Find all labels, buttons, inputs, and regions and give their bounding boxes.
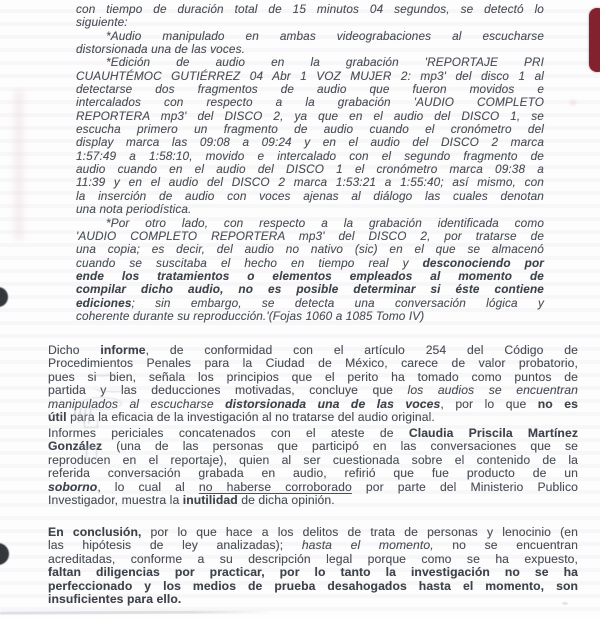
text-segment: 'AUDIO COMPLETO REPORTERA mp3' del DISCO…: [76, 229, 544, 243]
text-segment: los audios se encuentran: [408, 383, 578, 397]
text-segment: informe: [100, 343, 145, 357]
text-segment: cuando se suscitaba el hecho en tiempo r…: [76, 256, 423, 270]
text-line: ediciones; sin embargo, se detecta una c…: [76, 297, 544, 310]
text-line: las hipótesis de ley analizadas); hasta …: [48, 539, 578, 552]
text-segment: ediciones: [76, 296, 132, 310]
text-segment: una nota periodística.: [76, 202, 191, 216]
text-segment: Claudia Priscila Martínez: [409, 426, 578, 440]
text-line: distorsionada una de las voces.: [76, 43, 544, 56]
text-segment: distorsionada una de las voces: [225, 397, 440, 411]
text-segment: (una de las personas que participó en la…: [102, 439, 578, 453]
text-segment: *Audio manipulado en ambas videograbacio…: [106, 29, 544, 43]
text-line: González (una de las personas que partic…: [48, 440, 578, 453]
text-line: partida y las deducciones motivadas, con…: [48, 384, 578, 397]
text-line: reproducen en el reportaje), quien al se…: [48, 454, 578, 467]
text-segment: de dicha opinión.: [238, 493, 335, 507]
text-segment: no haberse corroborado: [199, 480, 352, 494]
text-segment: inutilidad: [183, 493, 238, 507]
text-segment: ende los tratamientos o elementos emplea…: [76, 269, 544, 283]
text-segment: acreditadas, conforme a su descripción l…: [48, 552, 578, 566]
text-line: escucha primero un fragmento de audio cu…: [76, 123, 544, 136]
text-line: *Edición de audio en la grabación 'REPOR…: [76, 56, 544, 69]
scroll-position-tab[interactable]: [589, 8, 600, 72]
text-segment: ; sin embargo, se detecta una conversaci…: [132, 296, 545, 310]
scan-artifact-line: [0, 610, 274, 614]
text-segment: CUAUHTÉMOC GUTIÉRREZ 04 Abr 1 VOZ MUJER …: [76, 69, 544, 83]
text-line: ende los tratamientos o elementos emplea…: [76, 270, 544, 283]
text-line: manipulados al escucharse distorsionada …: [48, 398, 578, 411]
text-line: Dicho informe, de conformidad con el art…: [48, 344, 578, 357]
text-segment: , de conformidad con el artículo 254 del…: [146, 343, 578, 357]
text-segment: display marca las 09:08 a 09:24 y en el …: [76, 135, 544, 149]
text-line: acreditadas, conforme a su descripción l…: [48, 553, 578, 566]
text-line: insuficientes para ello.: [48, 593, 578, 606]
text-line: CUAUHTÉMOC GUTIÉRREZ 04 Abr 1 VOZ MUJER …: [76, 70, 544, 83]
scan-smudge: [14, 90, 24, 240]
text-segment: , por lo que: [440, 397, 537, 411]
text-segment: una copia; es decir, del audio no nativo…: [76, 242, 544, 256]
text-line: siguiente:: [76, 16, 544, 29]
text-segment: desconociendo por: [423, 256, 544, 270]
text-line: 1:57:49 a 1:58:10, movido e intercalado …: [76, 150, 544, 163]
stamp-mark: [86, 448, 97, 460]
scan-speck: [570, 100, 576, 105]
text-line: detectarse dos fragmentos de audio que f…: [76, 83, 544, 96]
text-line: REPORTERA mp3' del DISCO 2, ya que en el…: [76, 110, 544, 123]
text-segment: distorsionada una de las voces.: [76, 42, 245, 56]
text-line: soborno, lo cual al no haberse corrobora…: [48, 481, 578, 494]
text-segment: las hipótesis de ley analizadas);: [48, 538, 302, 552]
text-line: una nota periodística.: [76, 203, 544, 216]
text-line: Investigador, muestra la inutilidad de d…: [48, 494, 578, 507]
text-line: la inserción de audio con voces ajenas a…: [76, 190, 544, 203]
text-line: Informes periciales concatenados con el …: [48, 427, 578, 440]
text-segment: la inserción de audio con voces ajenas a…: [76, 189, 544, 203]
text-line: cuando se suscitaba el hecho en tiempo r…: [76, 257, 544, 270]
text-segment: Investigador, muestra la: [48, 493, 183, 507]
text-segment: coherente durante su reproducción.'(Foja…: [76, 309, 424, 323]
text-segment: intercalados con respecto a la grabación…: [76, 95, 544, 109]
body-paragraph-conclusion: En conclusión, por lo que hace a los del…: [48, 526, 578, 606]
text-line: En conclusión, por lo que hace a los del…: [48, 526, 578, 539]
text-segment: con tiempo de duración total de 15 minut…: [76, 2, 544, 16]
scanned-document-page: con tiempo de duración total de 15 minut…: [0, 0, 600, 617]
text-line: útil para la eficacia de la investigació…: [48, 411, 578, 424]
text-segment: no es: [538, 397, 578, 411]
text-segment: insuficientes para ello.: [48, 592, 181, 606]
text-segment: para la eficacia de la investigación al …: [67, 410, 435, 424]
text-line: faltan diligencias por practicar, por lo…: [48, 566, 578, 579]
text-line: una copia; es decir, del audio no nativo…: [76, 243, 544, 256]
text-line: pues si bien, señala los principios que …: [48, 371, 578, 384]
text-segment: escucha primero un fragmento de audio cu…: [76, 122, 544, 136]
text-line: 11:39 y en el audio del DISCO 2 marca 1:…: [76, 176, 544, 189]
text-line: audio cuando en el audio del DISCO 1 el …: [76, 163, 544, 176]
hole-punch-icon: [0, 543, 9, 565]
text-line: coherente durante su reproducción.'(Foja…: [76, 310, 544, 323]
text-segment: audio cuando en el audio del DISCO 1 el …: [76, 162, 544, 176]
stamp-mark: [84, 419, 98, 428]
text-segment: reproducen en el reportaje), quien al se…: [48, 453, 578, 467]
text-segment: *Por otro lado, con respecto a la grabac…: [106, 216, 544, 230]
text-line: con tiempo de duración total de 15 minut…: [76, 3, 544, 16]
text-segment: Informes periciales concatenados con el …: [48, 426, 409, 440]
text-segment: siguiente:: [76, 15, 128, 29]
text-line: perfeccionado y los medios de prueba des…: [48, 580, 578, 593]
scan-speck: [562, 602, 568, 605]
text-line: *Audio manipulado en ambas videograbacio…: [76, 30, 544, 43]
text-segment: referida conversación grabada en audio, …: [48, 466, 578, 480]
text-line: intercalados con respecto a la grabación…: [76, 96, 544, 109]
text-line: display marca las 09:08 a 09:24 y en el …: [76, 136, 544, 149]
text-segment: detectarse dos fragmentos de audio que f…: [76, 82, 544, 96]
text-segment: Dicho: [48, 343, 100, 357]
text-segment: pues si bien, señala los principios que …: [48, 370, 578, 384]
hole-punch-icon: [0, 287, 8, 307]
text-segment: útil: [48, 410, 67, 424]
text-segment: no se encuentran: [434, 538, 578, 552]
text-segment: 1:57:49 a 1:58:10, movido e intercalado …: [76, 149, 544, 163]
stamp-mark: [76, 439, 98, 447]
text-line: compilar dicho audio, no es posible dete…: [76, 283, 544, 296]
text-line: 'AUDIO COMPLETO REPORTERA mp3' del DISCO…: [76, 230, 544, 243]
text-segment: 11:39 y en el audio del DISCO 2 marca 1:…: [76, 175, 544, 189]
text-segment: hasta el momento,: [302, 538, 434, 552]
text-segment: *Edición de audio en la grabación 'REPOR…: [106, 55, 544, 69]
text-segment: por lo que hace a los delitos de trata d…: [141, 525, 578, 539]
text-line: *Por otro lado, con respecto a la grabac…: [76, 217, 544, 230]
text-line: referida conversación grabada en audio, …: [48, 467, 578, 480]
quoted-expert-report-block: con tiempo de duración total de 15 minut…: [76, 3, 544, 323]
text-segment: faltan diligencias por practicar, por lo…: [48, 565, 578, 579]
text-segment: REPORTERA mp3' del DISCO 2, ya que en el…: [76, 109, 544, 123]
text-segment: En conclusión,: [48, 525, 141, 539]
text-segment: soborno: [48, 480, 97, 494]
text-segment: por parte del Ministerio Publico: [352, 480, 578, 494]
text-line: Procedimientos Penales para la Ciudad de…: [48, 357, 578, 370]
text-segment: , lo cual al: [97, 480, 199, 494]
body-paragraph-informe: Dicho informe, de conformidad con el art…: [48, 344, 578, 424]
text-segment: compilar dicho audio, no es posible dete…: [76, 282, 544, 296]
text-segment: Procedimientos Penales para la Ciudad de…: [48, 356, 578, 370]
text-segment: perfeccionado y los medios de prueba des…: [48, 579, 578, 593]
body-paragraph-informes-periciales: Informes periciales concatenados con el …: [48, 427, 578, 507]
